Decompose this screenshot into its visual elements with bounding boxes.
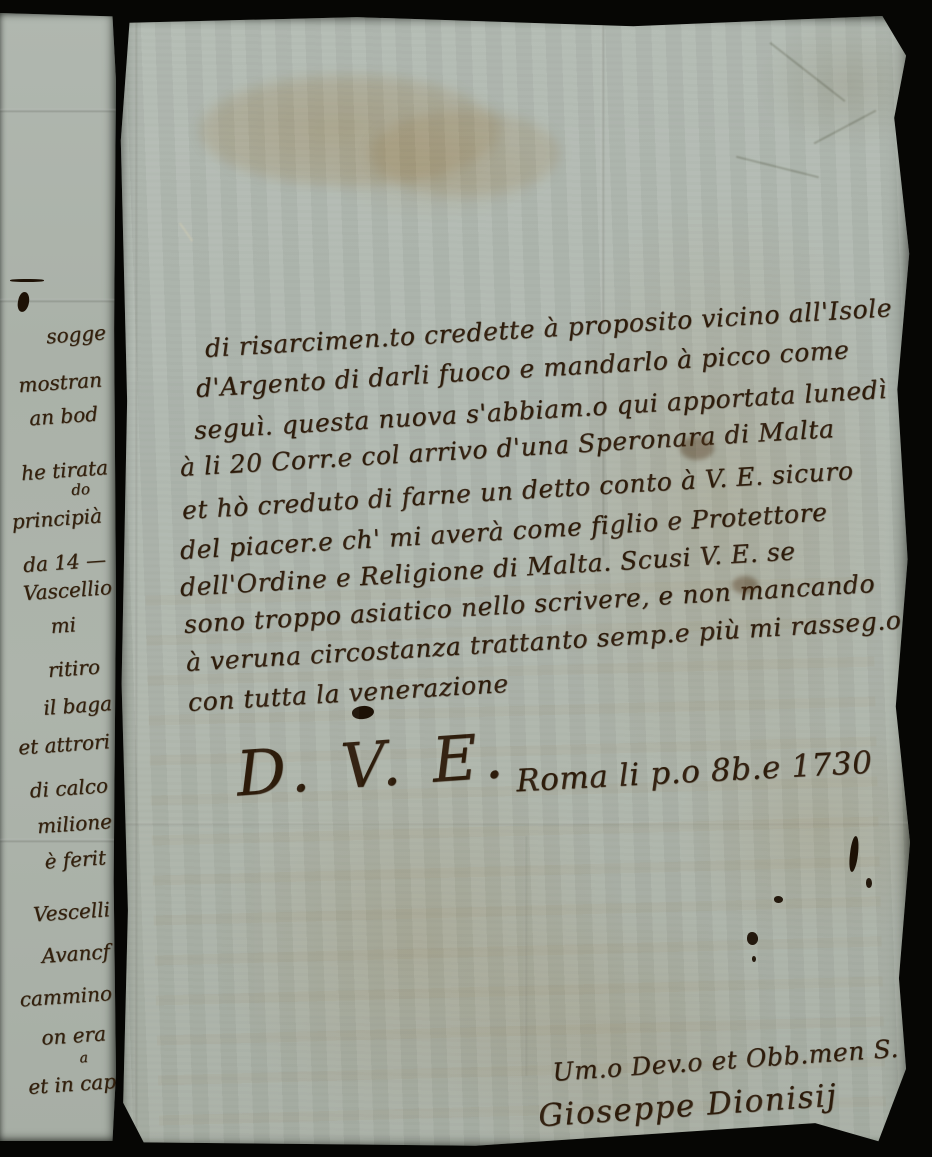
ink-blot xyxy=(16,291,31,313)
strip-text-fragment: cammino xyxy=(0,981,117,1013)
letter-line: con tutta la venerazione xyxy=(187,669,509,717)
paper-scratch xyxy=(179,222,193,241)
manuscript-photo: sogge mostran an bod he tirata do princi… xyxy=(0,0,932,1157)
ink-blot xyxy=(774,896,783,903)
fold-line-lower xyxy=(524,836,527,1076)
strip-text-fragment: da 14 — xyxy=(0,547,117,580)
ink-blot xyxy=(752,956,756,962)
closing-formula: Um.o Dev.o et Obb.men S. Ver xyxy=(551,1030,932,1087)
strip-text-fragment: ritiro xyxy=(0,653,117,686)
signature: Gioseppe Dionisij xyxy=(537,1078,839,1135)
ink-blot xyxy=(747,932,758,945)
crumple-line xyxy=(736,156,819,179)
ink-smudge xyxy=(732,576,758,594)
ink-blot xyxy=(10,279,44,282)
ink-blot xyxy=(848,836,860,873)
strip-text-fragment: et attrori xyxy=(0,729,117,761)
crumple-line xyxy=(814,110,877,145)
ink-blot xyxy=(351,705,375,721)
strip-text-fragment: an bod xyxy=(0,400,117,433)
strip-text-fragment: milione xyxy=(0,809,117,841)
crumple-line xyxy=(769,42,845,102)
strip-text-fragment: di calco xyxy=(0,773,117,806)
strip-text-fragment: mostran xyxy=(0,366,117,399)
letter-page: di risarcimen.to credette à proposito vi… xyxy=(120,16,910,1148)
strip-text-fragment: il baga xyxy=(0,691,117,723)
strip-text-fragment: sogge xyxy=(0,320,117,353)
strip-text-fragment: Avancf xyxy=(0,939,117,971)
strip-text-fragment: et in cap xyxy=(0,1069,117,1101)
strip-text-fragment: principià xyxy=(0,502,117,535)
left-page-strip: sogge mostran an bod he tirata do princi… xyxy=(0,13,116,1141)
strip-text-fragment: è ferit xyxy=(0,845,117,878)
ink-bleed-ghost xyxy=(370,111,560,196)
fold-line-horizontal xyxy=(120,822,910,825)
dateline: Roma li p.o 8b.e 1730 xyxy=(515,745,873,800)
strip-fold-line xyxy=(0,109,116,112)
ink-blot xyxy=(866,878,872,888)
strip-text-fragment: Vascellio xyxy=(0,575,117,607)
strip-text-fragment: mi xyxy=(0,610,117,645)
fold-line-left xyxy=(134,16,137,1148)
ink-smudge xyxy=(680,436,714,460)
strip-text-fragment: Vescelli xyxy=(0,897,117,929)
valediction-initials: D. V. E. xyxy=(234,719,512,811)
